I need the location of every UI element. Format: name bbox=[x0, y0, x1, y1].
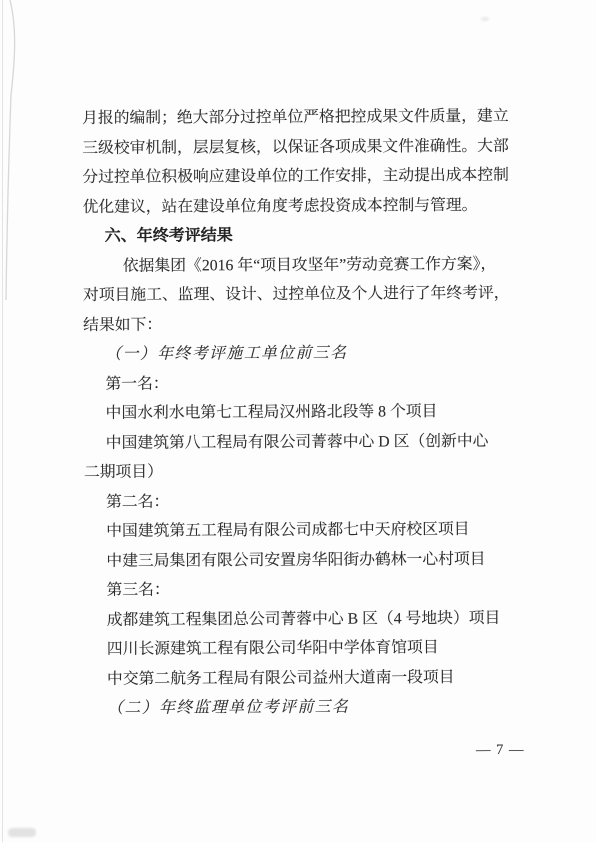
rank2-item-2: 中建三局集团有限公司安置房华阳街办鹤林一心村项目 bbox=[84, 544, 516, 576]
rank1-label: 第一名： bbox=[83, 367, 515, 399]
scan-speck-mark bbox=[481, 17, 489, 21]
section-intro-line-3: 结果如下： bbox=[83, 308, 515, 340]
closing-paragraph-line-1: 月报的编制；绝大部分过控单位严格把控成果文件质量，建立 bbox=[82, 102, 514, 134]
supervision-ranking-title: （二）年终监理单位考评前三名 bbox=[85, 692, 517, 724]
rank1-item-2-line-1: 中国建筑第八工程局有限公司菁蓉中心 D 区（创新中心 bbox=[84, 426, 516, 458]
section-heading: 六、年终考评结果 bbox=[83, 220, 515, 252]
closing-paragraph-line-3: 分过控单位积极响应建设单位的工作安排，主动提出成本控制 bbox=[82, 161, 514, 193]
construction-ranking-title: （一）年终考评施工单位前三名 bbox=[83, 338, 515, 370]
page-number: — 7 — bbox=[475, 742, 524, 759]
closing-paragraph-line-2: 三级校审机制，层层复核，以保证各项成果文件准确性。大部 bbox=[82, 131, 514, 163]
section-intro-line-1: 依据集团《2016 年“项目攻坚年”劳动竞赛工作方案》， bbox=[83, 249, 515, 281]
rank3-label: 第三名： bbox=[84, 574, 516, 606]
paper-crease-mark bbox=[0, 0, 30, 310]
rank3-item-1: 成都建筑工程集团总公司菁蓉中心 B 区（4 号地块）项目 bbox=[85, 603, 517, 635]
rank3-item-2: 四川长源建筑工程有限公司华阳中学体育馆项目 bbox=[85, 633, 517, 665]
document-text-block: 月报的编制；绝大部分过控单位严格把控成果文件质量，建立 三级校审机制，层层复核，… bbox=[82, 102, 517, 724]
rank3-item-3: 中交第二航务工程局有限公司益州大道南一段项目 bbox=[85, 662, 517, 694]
rank1-item-2-line-2: 二期项目） bbox=[84, 456, 516, 488]
rank2-item-1: 中国建筑第五工程局有限公司成都七中天府校区项目 bbox=[84, 515, 516, 547]
scan-edge-line bbox=[2, 0, 3, 842]
rank1-item-1: 中国水利水电第七工程局汉州路北段等 8 个项目 bbox=[84, 397, 516, 429]
rank2-label: 第二名： bbox=[84, 485, 516, 517]
scanned-document-page: 月报的编制；绝大部分过控单位严格把控成果文件质量，建立 三级校审机制，层层复核，… bbox=[0, 0, 596, 842]
scan-smudge-mark bbox=[8, 828, 36, 837]
closing-paragraph-line-4: 优化建议，站在建设单位角度考虑投资成本控制与管理。 bbox=[82, 190, 514, 222]
section-intro-line-2: 对项目施工、监理、设计、过控单位及个人进行了年终考评， bbox=[83, 279, 515, 311]
